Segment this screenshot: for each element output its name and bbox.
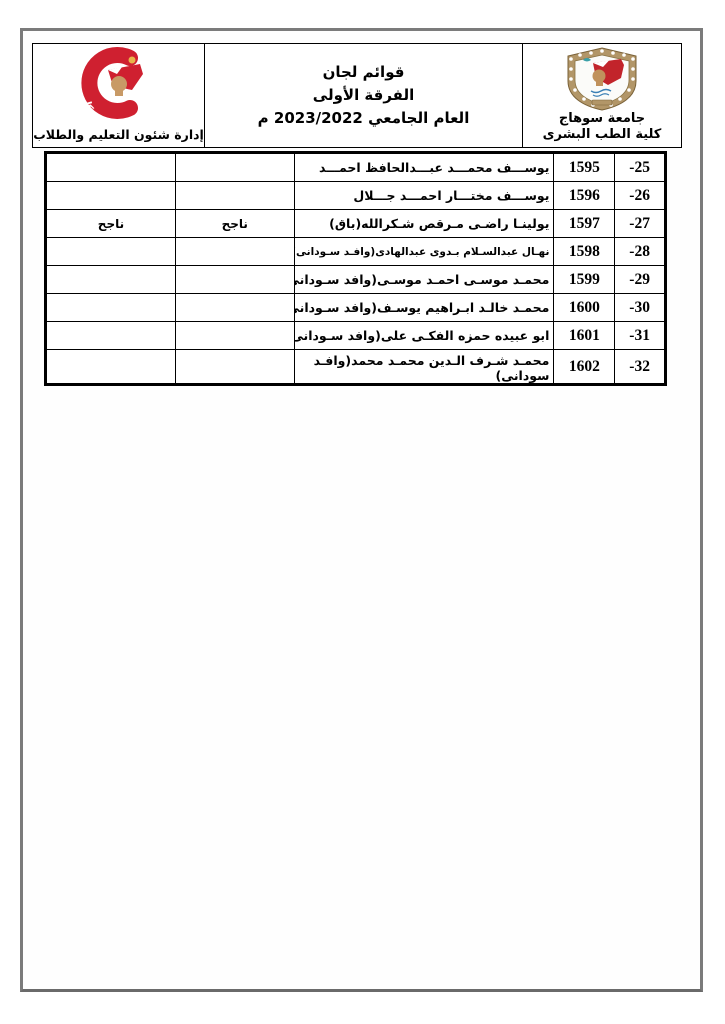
result-cell [46, 266, 176, 294]
result-cell [175, 153, 294, 182]
result-cell [46, 350, 176, 385]
row-number: -30 [615, 294, 666, 322]
faculty-name: كلية الطب البشرى [543, 127, 662, 143]
student-name: يوســـف مختـــار احمـــد جـــلال [294, 182, 554, 210]
seat-number: 1601 [554, 322, 615, 350]
header-title-cell: قوائم لجان الفرقة الأولى العام الجامعي 2… [205, 44, 523, 148]
seat-number: 1600 [554, 294, 615, 322]
header-table: جامعة سوهاج كلية الطب البشرى قوائم لجان … [32, 43, 682, 148]
row-number: -25 [615, 153, 666, 182]
student-name: يوســـف محمـــد عبـــدالحافظ احمـــد [294, 153, 554, 182]
header-department-cell: جامعة سوهاج كلية الطب إدارة شئون التعليم… [33, 44, 205, 148]
faculty-shield-icon [563, 47, 641, 111]
result-cell [175, 294, 294, 322]
student-row: -26 1596 يوســـف مختـــار احمـــد جـــلا… [46, 182, 666, 210]
student-name: محمـد خالـد ابـراهيم يوسـف(وافد سـودانى) [294, 294, 554, 322]
result-cell [175, 350, 294, 385]
header-university-cell: جامعة سوهاج كلية الطب البشرى [523, 44, 682, 148]
document-page: جامعة سوهاج كلية الطب البشرى قوائم لجان … [20, 28, 703, 992]
seat-number: 1598 [554, 238, 615, 266]
student-name: محمـد شـرف الـدين محمـد محمد(وافـد سودان… [294, 350, 554, 385]
result-cell [175, 238, 294, 266]
logo-arc-text-top: جامعة سوهاج [58, 46, 80, 87]
seat-number: 1595 [554, 153, 615, 182]
result-cell [46, 294, 176, 322]
department-name: إدارة شئون التعليم والطلاب [33, 127, 204, 147]
result-pass-badge: ناجح [46, 210, 176, 238]
seat-number: 1596 [554, 182, 615, 210]
result-pass-badge: ناجح [175, 210, 294, 238]
students-table: -25 1595 يوســـف محمـــد عبـــدالحافظ اح… [44, 151, 667, 386]
result-cell [175, 266, 294, 294]
seat-number: 1602 [554, 350, 615, 385]
university-crescent-logo-icon: جامعة سوهاج كلية الطب [58, 46, 180, 120]
result-cell [46, 322, 176, 350]
student-name: ابو عبيده حمزه الفكـى على(وافد سـودانى) [294, 322, 554, 350]
seat-number: 1597 [554, 210, 615, 238]
student-name: يولينـا راضـى مـرقص شـكرالله(باق) [294, 210, 554, 238]
result-cell [175, 322, 294, 350]
document-canvas: { "page": { "background": "#ffffff", "sh… [0, 0, 725, 1024]
svg-text:جامعة سوهاج: جامعة سوهاج [58, 46, 80, 87]
student-row: -29 1599 محمـد موسـى احمـد موسـى(وافد سـ… [46, 266, 666, 294]
student-row: -28 1598 نهـال عبدالسـلام بـدوى عبدالهاد… [46, 238, 666, 266]
student-name: محمـد موسـى احمـد موسـى(وافد سـودانى) [294, 266, 554, 294]
university-name: جامعة سوهاج [543, 111, 662, 127]
doc-title-line1: قوائم لجان [323, 61, 405, 84]
student-row: -30 1600 محمـد خالـد ابـراهيم يوسـف(وافد… [46, 294, 666, 322]
student-row: -27 1597 يولينـا راضـى مـرقص شـكرالله(با… [46, 210, 666, 238]
row-number: -32 [615, 350, 666, 385]
row-number: -26 [615, 182, 666, 210]
row-number: -27 [615, 210, 666, 238]
row-number: -31 [615, 322, 666, 350]
doc-title-line3: العام الجامعي 2023/2022 م [258, 107, 470, 130]
student-row: -25 1595 يوســـف محمـــد عبـــدالحافظ اح… [46, 153, 666, 182]
doc-title-line2: الفرقة الأولى [313, 84, 414, 107]
seat-number: 1599 [554, 266, 615, 294]
result-cell [175, 182, 294, 210]
result-cell [46, 182, 176, 210]
student-row: -32 1602 محمـد شـرف الـدين محمـد محمد(وا… [46, 350, 666, 385]
row-number: -29 [615, 266, 666, 294]
student-name: نهـال عبدالسـلام بـدوى عبدالهادى(وافـد س… [294, 238, 554, 266]
row-number: -28 [615, 238, 666, 266]
result-cell [46, 238, 176, 266]
student-row: -31 1601 ابو عبيده حمزه الفكـى على(وافد … [46, 322, 666, 350]
result-cell [46, 153, 176, 182]
